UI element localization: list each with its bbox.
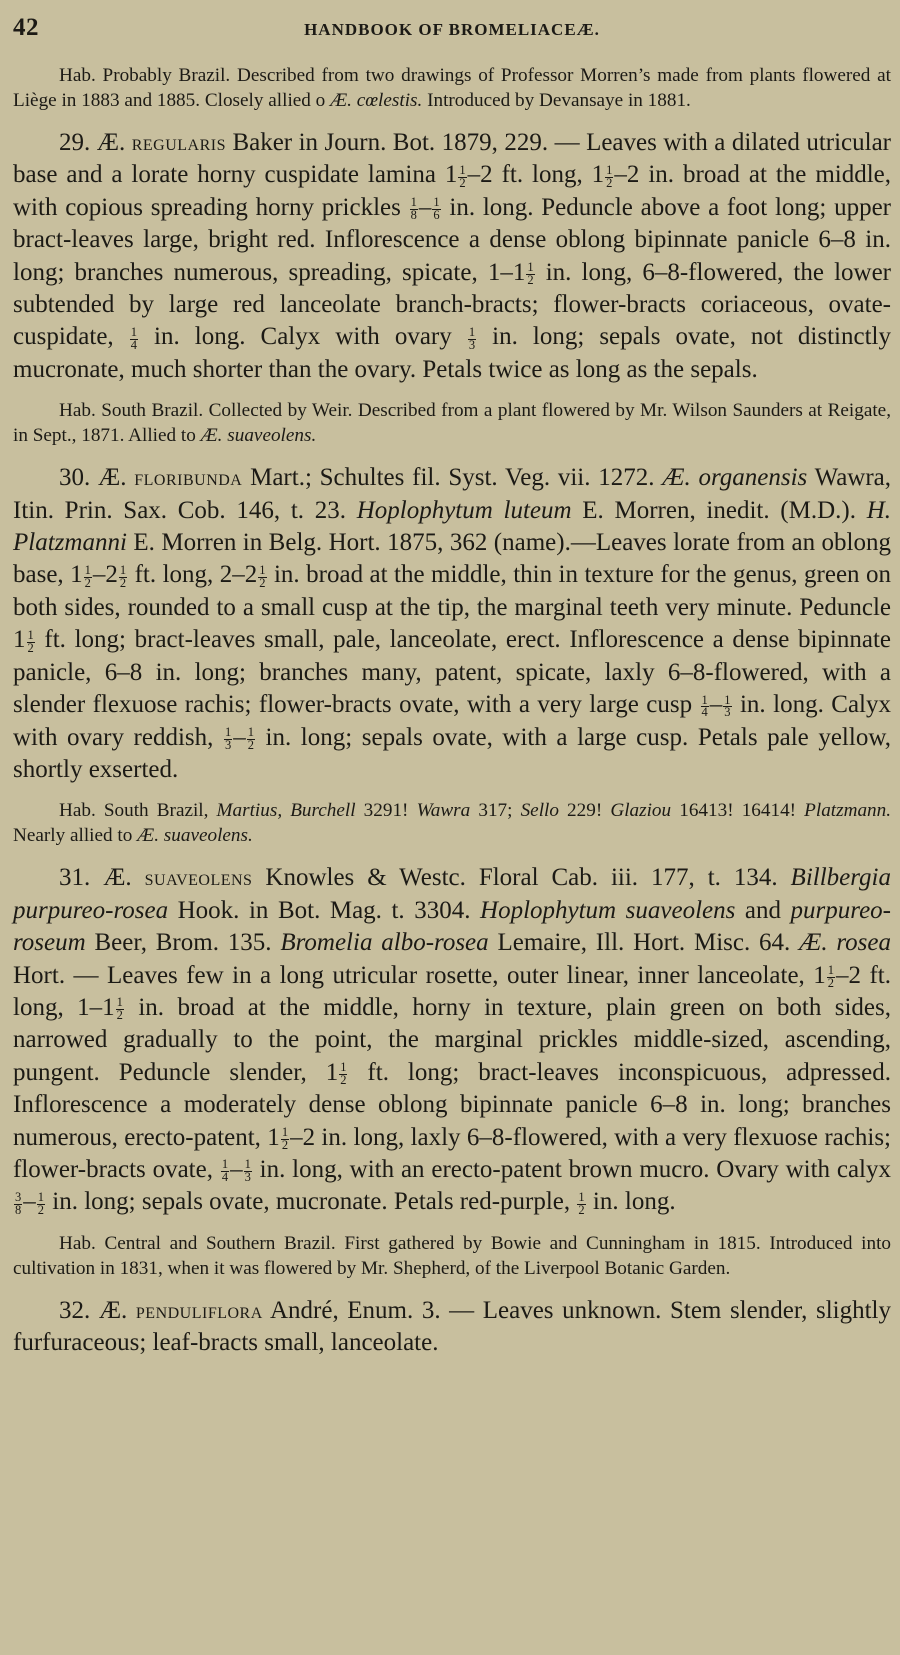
fraction: 13 <box>468 327 476 352</box>
italic-name: Platzmann. <box>804 800 891 821</box>
spacer <box>13 113 891 127</box>
fraction: 12 <box>281 1127 289 1152</box>
fraction: 12 <box>458 165 466 190</box>
fraction: 12 <box>526 262 534 287</box>
book-page: 42 HANDBOOK OF BROMELIACEÆ. Hab. Probabl… <box>13 0 891 1360</box>
italic-name: Hoplophytum suaveolens <box>480 897 735 924</box>
fraction: 13 <box>224 727 232 752</box>
species-entry-31: 31. Æ. suaveolens Knowles & Westc. Flora… <box>13 862 891 1218</box>
italic-name: Æ. rosea <box>799 929 891 956</box>
fraction: 12 <box>247 727 255 752</box>
spacer <box>13 1281 891 1295</box>
spacer <box>13 786 891 798</box>
page-header: 42 HANDBOOK OF BROMELIACEÆ. <box>13 0 891 58</box>
fraction: 18 <box>410 197 418 222</box>
fraction: 12 <box>37 1192 45 1217</box>
fraction: 12 <box>27 630 35 655</box>
fraction: 12 <box>258 565 266 590</box>
italic-name: Hoplophytum luteum <box>357 497 572 524</box>
italic-name: Æ. organensis <box>662 464 807 491</box>
italic-name: Bromelia albo-rosea <box>280 929 488 956</box>
spacer <box>13 386 891 398</box>
italic-name: Æ. suaveolens. <box>201 425 317 446</box>
running-title: HANDBOOK OF BROMELIACEÆ. <box>13 20 891 40</box>
species-epithet: floribunda <box>134 465 242 490</box>
italic-name: Glaziou <box>610 800 671 821</box>
species-epithet: regularis <box>132 130 226 155</box>
fraction: 16 <box>432 197 440 222</box>
species-entry-30: 30. Æ. floribunda Mart.; Schultes fil. S… <box>13 462 891 786</box>
fraction: 14 <box>130 327 138 352</box>
species-entry-29: 29. Æ. regularis Baker in Journ. Bot. 18… <box>13 127 891 386</box>
fraction: 14 <box>221 1159 229 1184</box>
habitat-note-31: Hab. Central and Southern Brazil. First … <box>13 1231 891 1281</box>
fraction: 13 <box>244 1159 252 1184</box>
spacer <box>13 448 891 462</box>
fraction: 12 <box>119 565 127 590</box>
spacer <box>13 848 891 862</box>
italic-name: Sello <box>521 800 559 821</box>
fraction: 12 <box>605 165 613 190</box>
italic-name: Martius, Burchell <box>217 800 356 821</box>
species-epithet: penduliflora <box>136 1298 263 1323</box>
italic-name: Æ. cœlestis. <box>330 90 422 111</box>
habitat-note-28: Hab. Probably Brazil. Described from two… <box>13 63 891 113</box>
spacer <box>13 1219 891 1231</box>
habitat-note-30: Hab. South Brazil, Martius, Burchell 329… <box>13 798 891 848</box>
species-entry-32: 32. Æ. penduliflora André, Enum. 3. — Le… <box>13 1295 891 1360</box>
fraction: 12 <box>577 1192 585 1217</box>
fraction: 14 <box>701 695 709 720</box>
fraction: 12 <box>116 997 124 1022</box>
habitat-note-29: Hab. South Brazil. Collected by Weir. De… <box>13 398 891 448</box>
italic-name: Æ. suaveolens. <box>137 825 253 846</box>
fraction: 12 <box>84 565 92 590</box>
species-epithet: suaveolens <box>145 865 253 890</box>
fraction: 12 <box>339 1062 347 1087</box>
italic-name: Wawra <box>417 800 471 821</box>
fraction: 12 <box>827 965 835 990</box>
fraction: 13 <box>723 695 731 720</box>
fraction: 38 <box>14 1192 22 1217</box>
